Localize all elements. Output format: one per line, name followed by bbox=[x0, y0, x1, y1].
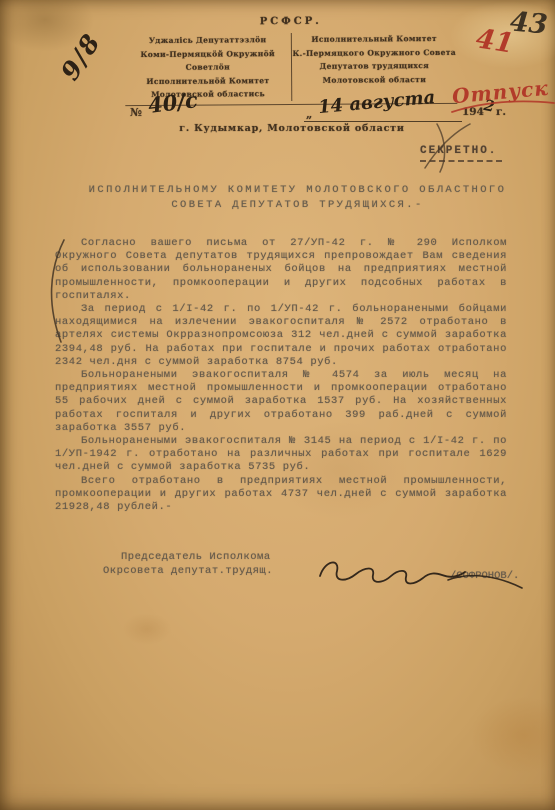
signature-typed-name: /СОФРОНОВ/. bbox=[450, 570, 519, 582]
letterhead-right-line: Исполнительный Комитет bbox=[291, 32, 457, 47]
number-label: № bbox=[130, 106, 142, 119]
letterhead-left-line: Уджалiсь Депутаттэзлöн bbox=[125, 33, 291, 48]
secret-stamp: СЕКРЕТНО. bbox=[420, 145, 497, 157]
letterhead-right-line: К.-Пермяцкого Окружного Совета bbox=[291, 45, 457, 60]
addressee-line-2: СОВЕТА ДЕПУТАТОВ ТРУДЯЩИХСЯ.- bbox=[85, 198, 510, 213]
letterhead-right-line: Депутатов трудящихся bbox=[291, 59, 457, 74]
year-printed: 194 bbox=[462, 106, 484, 118]
number-handwritten-value: 40/с bbox=[147, 87, 199, 118]
letterhead-city-line: г. Кудымкар, Молотовской области bbox=[126, 123, 458, 134]
letterhead-republic: РСФСР. bbox=[125, 15, 457, 28]
margin-handwritten-note: 9/8 bbox=[55, 28, 107, 86]
letterhead-left-column: Уджалiсь Депутаттэзлöн Коми-Пермяцкöй Ок… bbox=[125, 33, 292, 102]
date-underline bbox=[304, 121, 462, 122]
letterhead-right-line: Молотовской области bbox=[292, 72, 458, 87]
date-open-quote: „ bbox=[306, 108, 312, 121]
signature-scribble bbox=[320, 562, 465, 583]
paragraph: Согласно вашего письма от 27/УП-42 г. № … bbox=[55, 237, 507, 303]
otpusk-red-handwriting: Отпуск bbox=[451, 76, 550, 108]
addressee-heading: ИСПОЛНИТЕЛЬНОМУ КОМИТЕТУ МОЛОТОВСКОГО ОБ… bbox=[85, 183, 510, 213]
paper-stain bbox=[112, 606, 182, 652]
paragraph: Всего отработано в предприятиях местной … bbox=[55, 475, 507, 515]
paragraph: За период с 1/I-42 г. по 1/УП-42 г. боль… bbox=[55, 303, 507, 369]
document-page: 9/8 РСФСР. Уджалiсь Депутаттэзлöн Коми-П… bbox=[0, 0, 555, 810]
letterhead-left-line: Исполнительнöй Комитет bbox=[125, 74, 291, 89]
paragraph: Больноранеными эвакогоспиталя № 4574 за … bbox=[55, 369, 507, 435]
corner-number-red-pencil: 41 bbox=[474, 23, 516, 59]
letterhead-left-line: Коми-Пермяцкöй Окружнöй Советлöн bbox=[125, 47, 291, 75]
secret-dashed-underline bbox=[420, 160, 502, 162]
year-suffix: г. bbox=[496, 106, 506, 118]
addressee-line-1: ИСПОЛНИТЕЛЬНОМУ КОМИТЕТУ МОЛОТОВСКОГО ОБ… bbox=[85, 183, 510, 198]
signature-title-line-2: Окрсовета депутат.трудящ. bbox=[103, 565, 273, 577]
paragraph: Больноранеными эвакогоспиталя № 3145 на … bbox=[55, 435, 507, 475]
signature-title-line-1: Председатель Исполкома bbox=[121, 551, 271, 563]
paper-stain bbox=[448, 680, 555, 790]
letter-body: Согласно вашего письма от 27/УП-42 г. № … bbox=[55, 237, 507, 514]
